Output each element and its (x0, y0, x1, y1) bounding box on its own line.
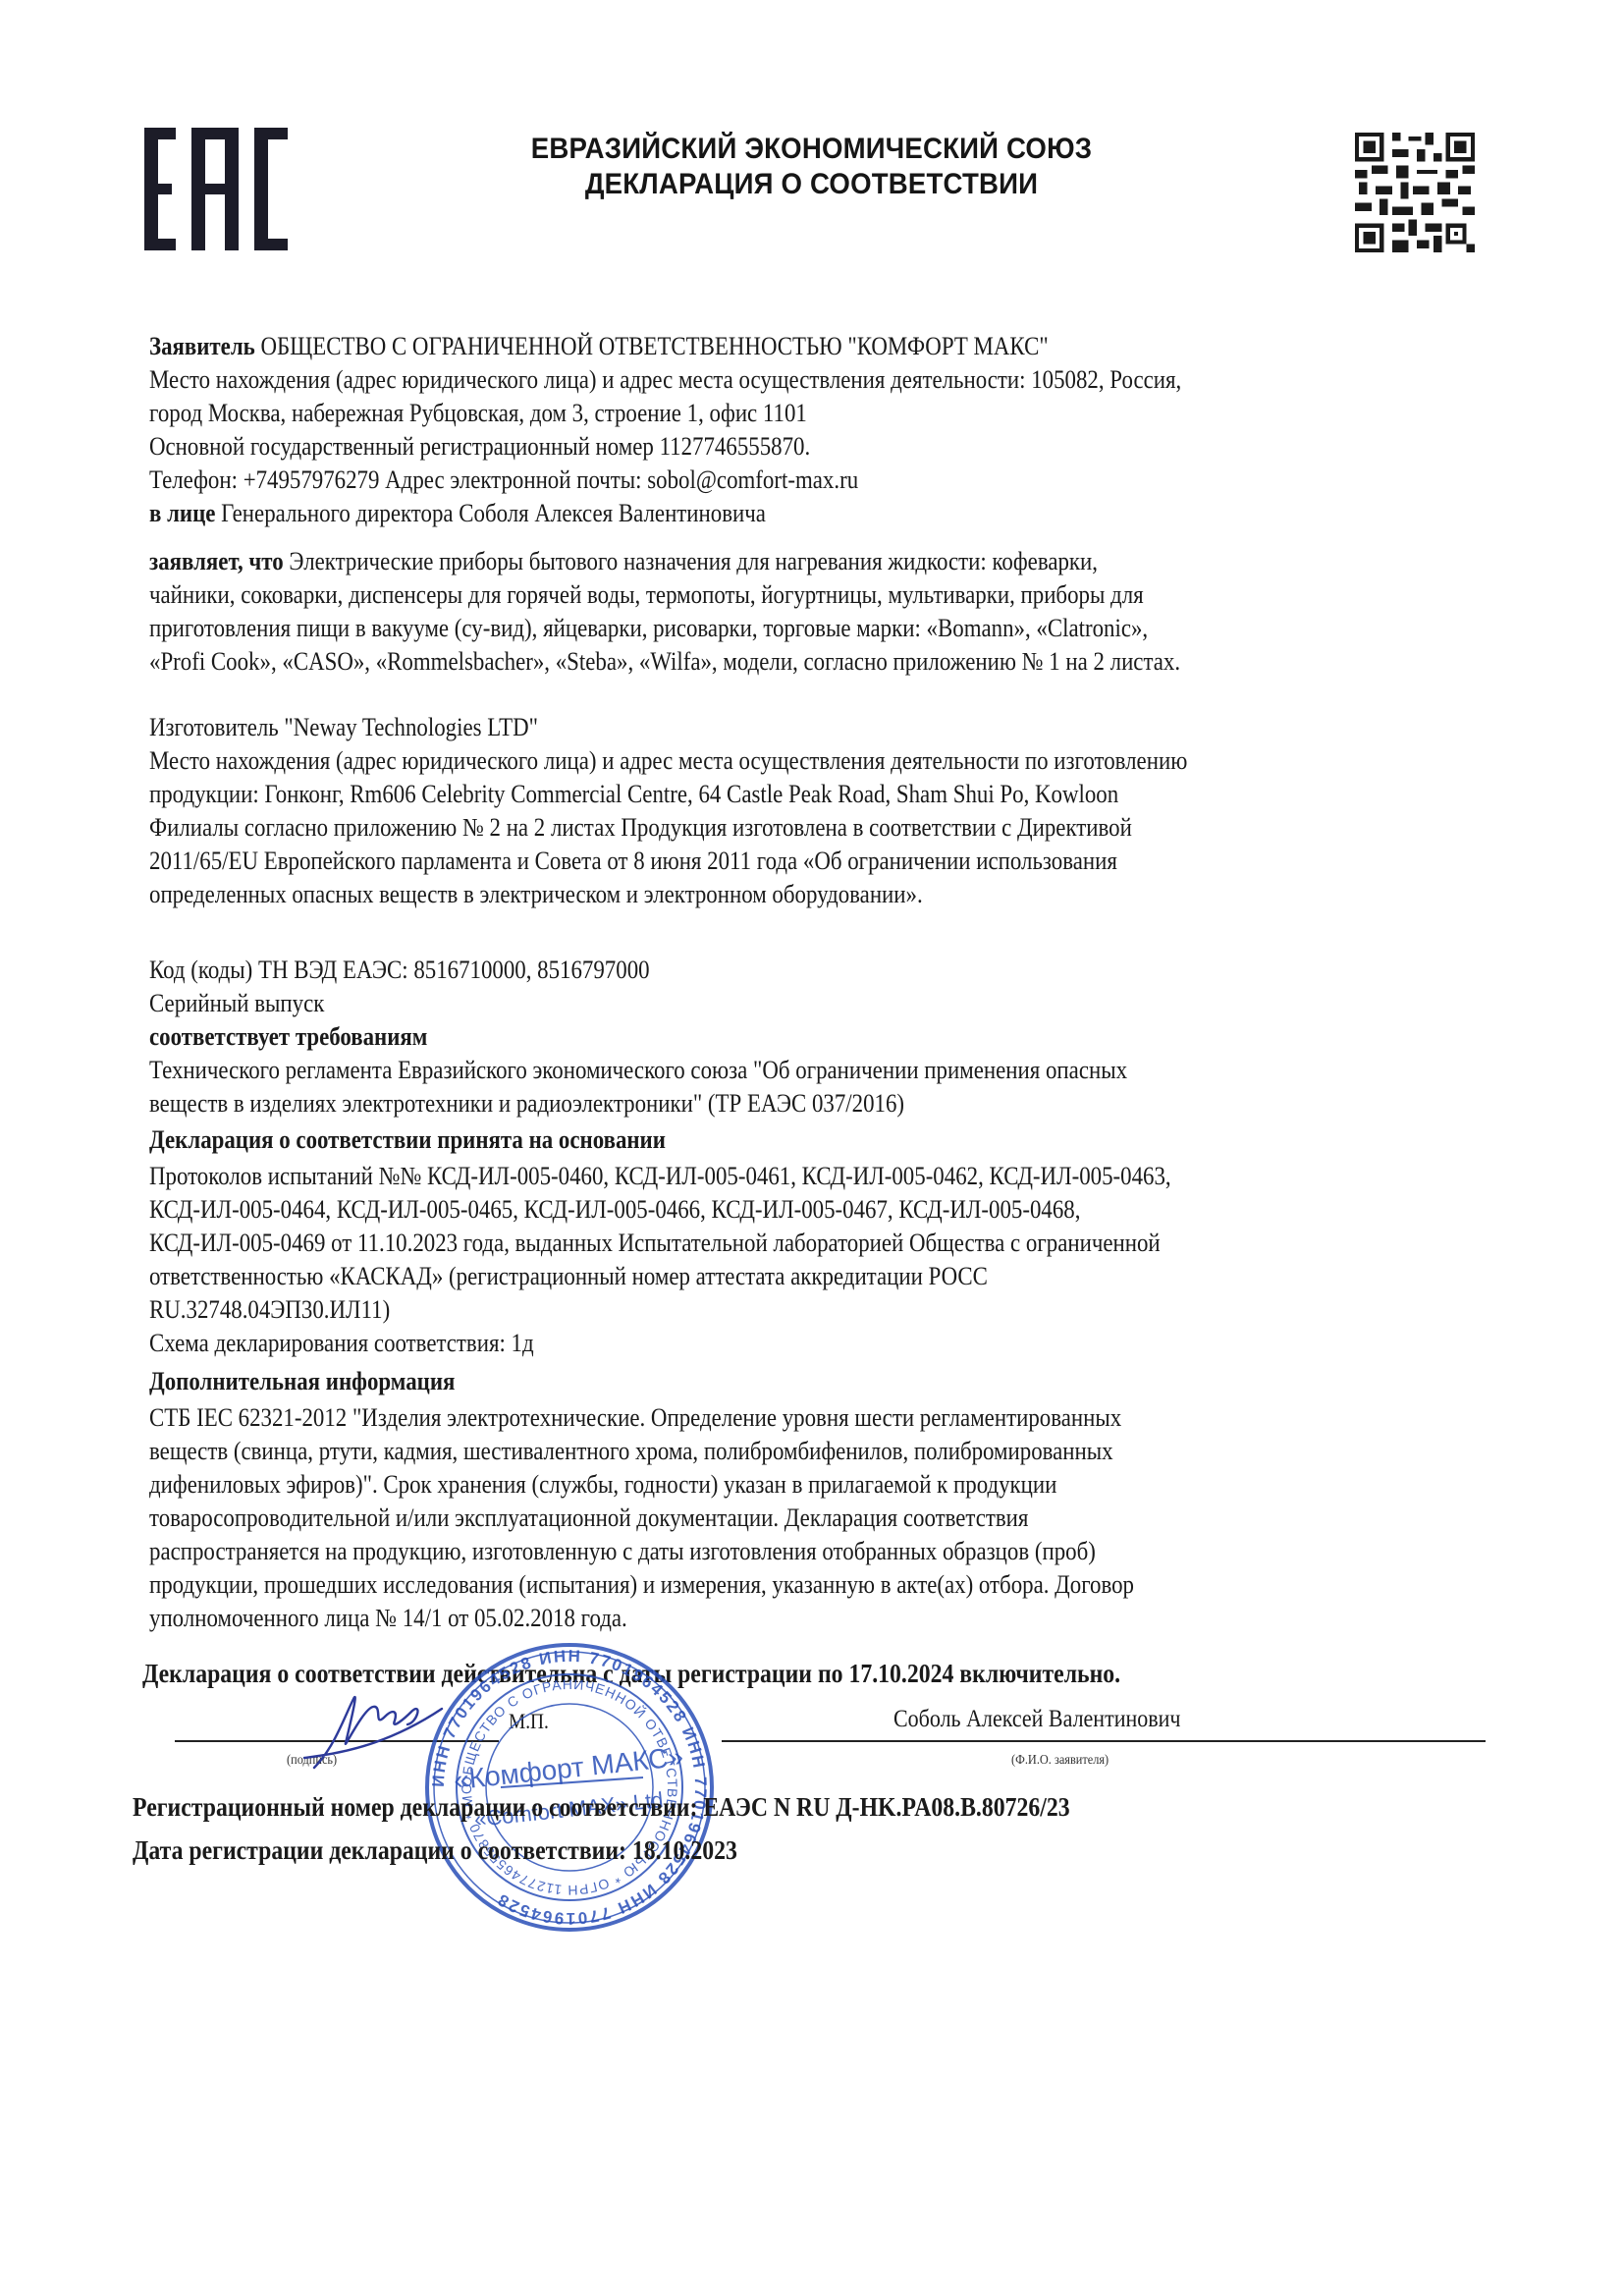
additional-line-6: продукции, прошедших исследования (испыт… (149, 1570, 1134, 1599)
declares-line-3: приготовления пищи в вакууме (су-вид), я… (149, 614, 1148, 642)
represented-label: в лице (149, 499, 215, 527)
additional-line-2: веществ (свинца, ртути, кадмия, шестивал… (149, 1437, 1113, 1465)
declares-line-4: «Profi Cook», «CASO», «Rommelsbacher», «… (149, 647, 1180, 676)
declares-line-1: заявляет, что Электрические приборы быто… (149, 547, 1098, 575)
manufacturer-line-4: Филиалы согласно приложению № 2 на 2 лис… (149, 813, 1132, 842)
registration-date: Дата регистрации декларации о соответств… (133, 1836, 737, 1865)
applicant-name: ОБЩЕСТВО С ОГРАНИЧЕННОЙ ОТВЕТСТВЕННОСТЬЮ… (260, 332, 1048, 360)
declares-text-1: Электрические приборы бытового назначени… (289, 547, 1098, 575)
manufacturer-line-3: продукции: Гонконг, Rm606 Celebrity Comm… (149, 780, 1118, 808)
name-rule (722, 1740, 1486, 1742)
additional-line-5: распространяется на продукцию, изготовле… (149, 1537, 1096, 1565)
name-caption: (Ф.И.О. заявителя) (1011, 1746, 1109, 1775)
applicant-address-l1: Место нахождения (адрес юридического лиц… (149, 365, 1181, 394)
release-type: Серийный выпуск (149, 989, 324, 1017)
additional-label: Дополнительная информация (149, 1367, 455, 1395)
basis-label: Декларация о соответствии принята на осн… (149, 1125, 666, 1154)
basis-line-2: КСД-ИЛ-005-0464, КСД-ИЛ-005-0465, КСД-ИЛ… (149, 1195, 1080, 1224)
applicant-ogrn: Основной государственный регистрационный… (149, 432, 810, 461)
qr-code-icon[interactable] (1355, 133, 1475, 252)
represented-by: Генерального директора Соболя Алексея Ва… (221, 499, 766, 527)
basis-line-3: КСД-ИЛ-005-0469 от 11.10.2023 года, выда… (149, 1229, 1161, 1257)
applicant-contacts: Телефон: +74957976279 Адрес электронной … (149, 465, 858, 494)
applicant-address-l2: город Москва, набережная Рубцовская, дом… (149, 399, 807, 427)
additional-line-4: товаросопроводительной и/или эксплуатаци… (149, 1503, 1028, 1532)
additional-line-3: дифениловых эфиров)". Срок хранения (слу… (149, 1470, 1056, 1499)
declares-line-2: чайники, соковарки, диспенсеры для горяч… (149, 580, 1144, 609)
regulation-line-1: Технического регламента Евразийского эко… (149, 1056, 1127, 1084)
registration-number: Регистрационный номер декларации о соотв… (133, 1793, 1070, 1822)
basis-line-1: Протоколов испытаний №№ КСД-ИЛ-005-0460,… (149, 1162, 1171, 1190)
basis-line-5: RU.32748.04ЭП30.ИЛ11) (149, 1295, 390, 1324)
union-title: ЕВРАЗИЙСКИЙ ЭКОНОМИЧЕСКИЙ СОЮЗ (65, 133, 1558, 166)
seal-name-ru: «Комфорт МАКС» (453, 1741, 685, 1795)
additional-line-7: уполномоченного лица № 14/1 от 05.02.201… (149, 1604, 627, 1632)
basis-line-4: ответственностью «КАСКАД» (регистрационн… (149, 1262, 988, 1290)
represented-line: в лице Генерального директора Соболя Але… (149, 499, 766, 527)
tn-ved-codes: Код (коды) ТН ВЭД ЕАЭС: 8516710000, 8516… (149, 956, 650, 984)
applicant-line: Заявитель ОБЩЕСТВО С ОГРАНИЧЕННОЙ ОТВЕТС… (149, 332, 1049, 360)
complies-label: соответствует требованиям (149, 1022, 427, 1051)
manufacturer-line-5: 2011/65/EU Европейского парламента и Сов… (149, 847, 1117, 875)
regulation-line-2: веществ в изделиях электротехники и ради… (149, 1089, 904, 1118)
manufacturer-line-2: Место нахождения (адрес юридического лиц… (149, 746, 1187, 775)
applicant-label: Заявитель (149, 332, 255, 360)
additional-line-1: СТБ IEC 62321-2012 "Изделия электротехни… (149, 1403, 1121, 1432)
document-title: ДЕКЛАРАЦИЯ О СООТВЕТСТВИИ (65, 168, 1558, 201)
manufacturer-line-1: Изготовитель "Neway Technologies LTD" (149, 713, 538, 741)
signer-name: Соболь Алексей Валентинович (893, 1705, 1180, 1733)
declaration-scheme: Схема декларирования соответствия: 1д (149, 1329, 534, 1357)
company-seal-icon: ИНН 7701964528 ИНН 7701964528 ИНН 770196… (422, 1640, 717, 1935)
declares-label: заявляет, что (149, 547, 284, 575)
manufacturer-line-6: определенных опасных веществ в электриче… (149, 880, 923, 908)
